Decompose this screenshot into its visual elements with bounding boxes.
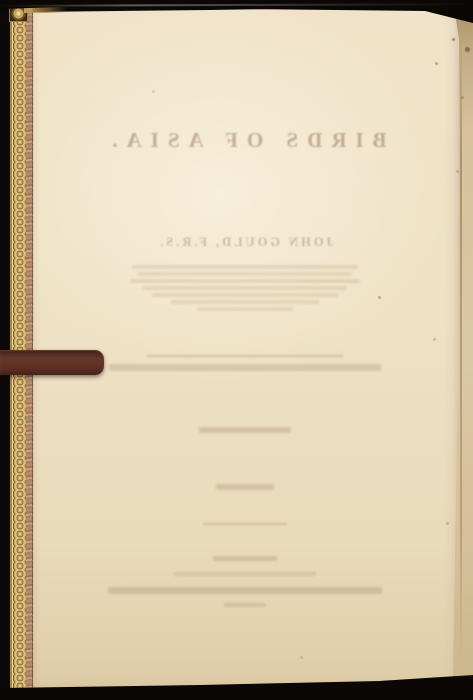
showthrough-line (197, 307, 293, 311)
showthrough-title: BIRDS OF ASIA. (103, 128, 386, 153)
showthrough-line (216, 484, 274, 490)
showthrough-line (213, 556, 277, 561)
showthrough-line (143, 286, 347, 290)
showthrough-rule (203, 523, 287, 525)
showthrough-line (152, 293, 338, 297)
marbled-turn-in (26, 3, 33, 693)
book-photograph: BIRDS OF ASIA. JOHN GOULD, F.R.S. (0, 0, 473, 700)
showthrough-line (130, 279, 360, 283)
showthrough-line (109, 364, 381, 371)
foxing-specks (0, 0, 3, 3)
showthrough-line (224, 603, 266, 607)
showthrough-rule (147, 355, 343, 357)
showthrough-line (138, 272, 352, 276)
spine-strap (0, 350, 104, 375)
showthrough-line (171, 300, 319, 304)
showthrough-line (199, 427, 291, 433)
showthrough-line (132, 265, 358, 269)
showthrough-byline: JOHN GOULD, F.R.S. (157, 235, 333, 250)
showthrough-line (174, 572, 316, 576)
book-page: BIRDS OF ASIA. JOHN GOULD, F.R.S. (30, 0, 460, 694)
showthrough-line (108, 587, 382, 594)
page-edge-crease (460, 30, 462, 660)
